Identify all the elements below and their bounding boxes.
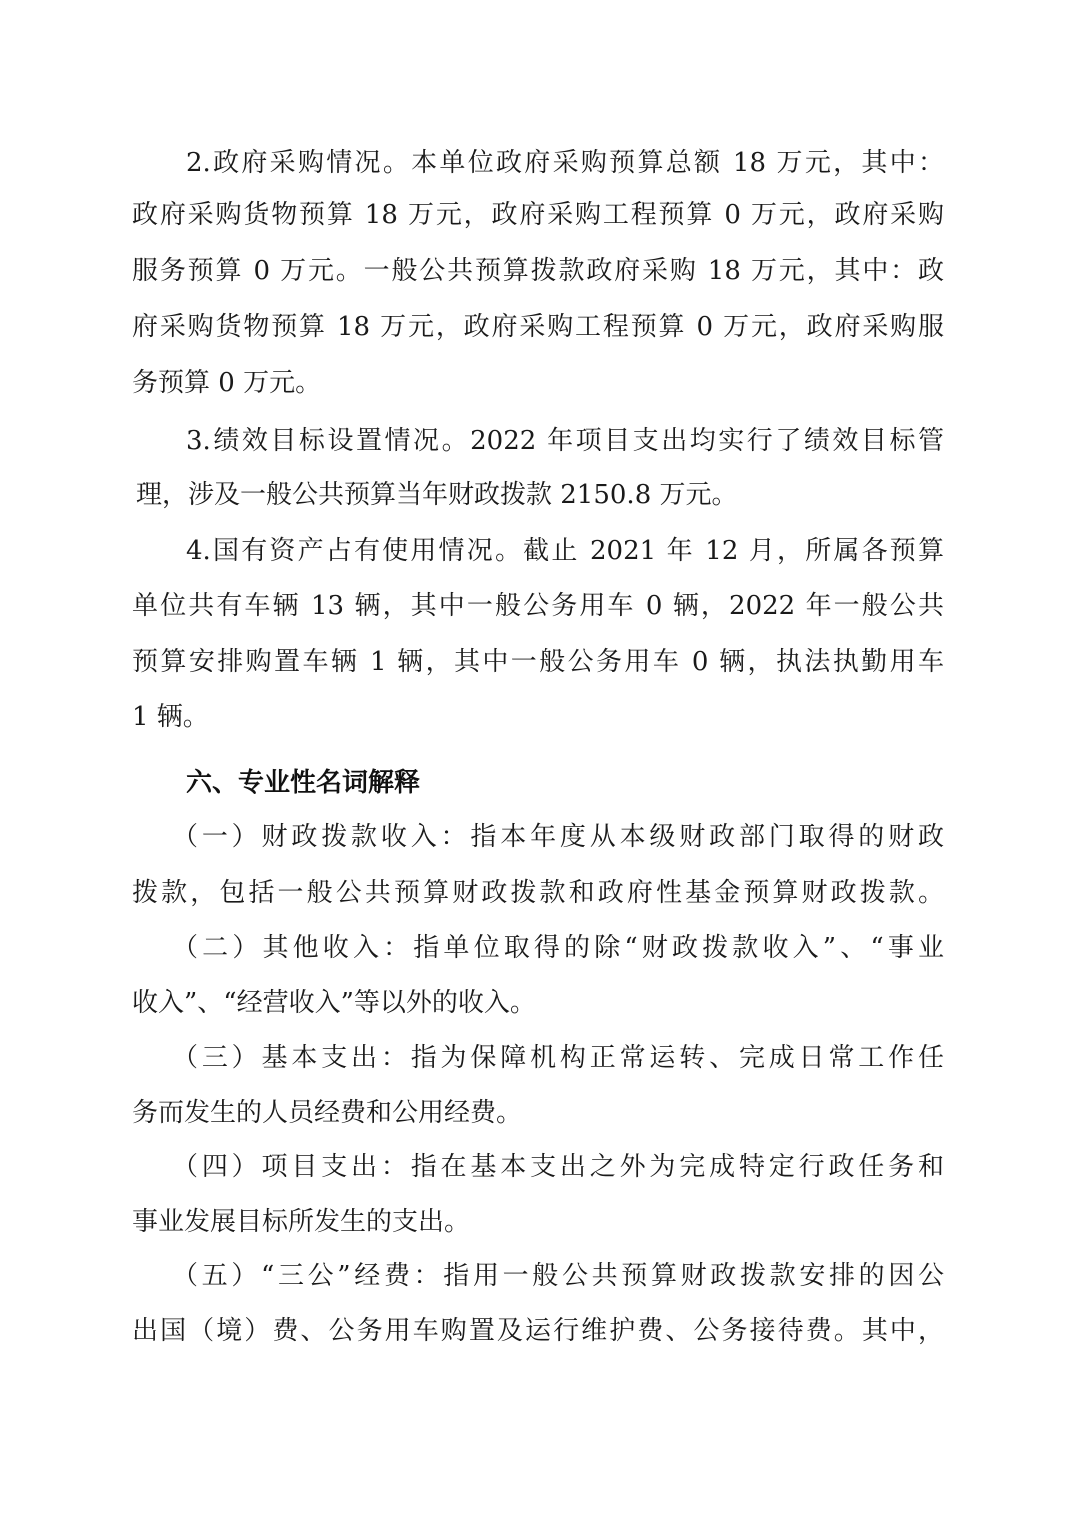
text-line: 单位共有车辆 13 辆，其中一般公务用车 0 辆，2022 年一般公共 [132,588,944,624]
text-line: 1 辆。 [132,699,944,735]
text-line: 3.绩效目标设置情况。2022 年项目支出均实行了绩效目标管 [186,423,944,459]
text-line: （二）其他收入：指单位取得的除“财政拨款收入”、“事业 [172,930,944,966]
text-line: 服务预算 0 万元。一般公共预算拨款政府采购 18 万元，其中：政 [132,253,944,289]
text-line: 政府采购货物预算 18 万元，政府采购工程预算 0 万元，政府采购 [132,197,944,233]
document-page: 2.政府采购情况。本单位政府采购预算总额 18 万元，其中： 政府采购货物预算 … [0,0,1074,1520]
text-line: 预算安排购置车辆 1 辆，其中一般公务用车 0 辆，执法执勤用车 [132,644,944,680]
text-line: （一）财政拨款收入：指本年度从本级财政部门取得的财政 [172,819,944,855]
text-line: （五）“三公”经费：指用一般公共预算财政拨款安排的因公 [172,1258,944,1294]
text-line: 4.国有资产占有使用情况。截止 2021 年 12 月，所属各预算 [186,533,944,569]
text-line: 务而发生的人员经费和公用经费。 [132,1095,944,1131]
text-line: 府采购货物预算 18 万元，政府采购工程预算 0 万元，政府采购服 [132,309,944,345]
text-line: 务预算 0 万元。 [132,365,944,401]
text-line: 出国（境）费、公务用车购置及运行维护费、公务接待费。其中， [132,1313,944,1349]
text-line: （四）项目支出：指在基本支出之外为完成特定行政任务和 [172,1149,944,1185]
text-line: （三）基本支出：指为保障机构正常运转、完成日常工作任 [172,1040,944,1076]
text-line: 拨款，包括一般公共预算财政拨款和政府性基金预算财政拨款。 [132,875,944,911]
text-line: 收入”、“经营收入”等以外的收入。 [132,985,944,1021]
text-line: 理，涉及一般公共预算当年财政拨款 2150.8 万元。 [136,477,948,513]
text-line: 2.政府采购情况。本单位政府采购预算总额 18 万元，其中： [186,145,944,181]
text-line: 事业发展目标所发生的支出。 [132,1204,944,1240]
section-heading: 六、专业性名词解释 [186,765,420,801]
